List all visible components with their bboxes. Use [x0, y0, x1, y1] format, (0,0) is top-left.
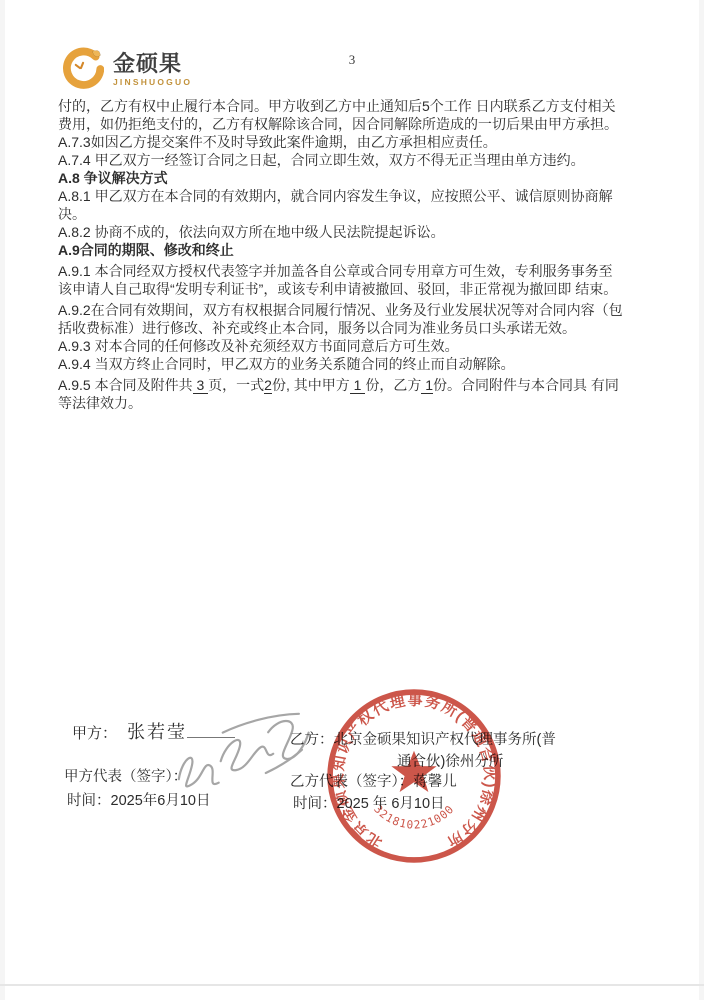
seal-registration-number: 321810221000 [371, 803, 457, 832]
clause-a7-3: A.7.3如因乙方提交案件不及时导致此案件逾期，由乙方承担相应责任。 [58, 133, 658, 151]
brand-name-latin: JINSHUOGUO [113, 78, 192, 87]
company-seal-stamp: 北京金硕果知识产权代理事务所(普通合伙)徐州分所 321810221000 [324, 686, 504, 871]
copies-total-value: 2 [264, 377, 272, 394]
heading-a9: A.9合同的期限、修改和终止 [58, 241, 658, 259]
clause-a8-1: A.8.1 甲乙双方在本合同的有效期内，就合同内容发生争议，应按照公平、诚信原则… [58, 187, 658, 223]
party-a-label: 甲方： [72, 725, 117, 742]
party-b-copies-value: 1 [421, 377, 433, 394]
page-number: 3 [0, 52, 704, 68]
clause-a9-1: A.9.1 本合同经双方授权代表签字并加盖各自公章或合同专用章方可生效，专利服务… [58, 262, 658, 298]
clause-a9-5-text: A.9.5 本合同及附件共 [58, 377, 193, 393]
clause-a9-2: A.9.2在合同有效期间，双方有权根据合同履行情况、业务及行业发展状况等对合同内… [58, 301, 658, 337]
clause-a9-5-text: 份, 其中甲方 [272, 377, 350, 393]
clause-a9-5: A.9.5 本合同及附件共 3 页，一式2份, 其中甲方 1 份，乙方 1份。合… [58, 376, 658, 412]
party-a-copies-value: 1 [350, 377, 366, 394]
page-edge-shadow [0, 984, 704, 986]
scan-edge-left [0, 0, 5, 1000]
clause-a8-2: A.8.2 协商不成的，依法向双方所在地中级人民法院提起诉讼。 [58, 223, 658, 241]
clause-a9-3: A.9.3 对本合同的任何修改及补充须经双方书面同意后方可生效。 [58, 337, 658, 355]
contract-body: 付的，乙方有权中止履行本合同。甲方收到乙方中止通知后5个工作 日内联系乙方支付相… [58, 97, 658, 412]
copies-pages-value: 3 [193, 377, 209, 394]
clause-continued: 付的，乙方有权中止履行本合同。甲方收到乙方中止通知后5个工作 日内联系乙方支付相… [58, 97, 658, 133]
clause-a9-4: A.9.4 当双方终止合同时，甲乙双方的业务关系随合同的终止而自动解除。 [58, 355, 658, 373]
seal-star-icon [391, 751, 436, 792]
clause-a7-4: A.7.4 甲乙双方一经签订合同之日起，合同立即生效，双方不得无正当理由单方违约… [58, 151, 658, 169]
svg-text:321810221000: 321810221000 [371, 803, 457, 832]
clause-a9-5-text: 份，乙方 [365, 377, 421, 393]
scan-edge-right [699, 0, 704, 1000]
clause-a9-5-text: 页，一式 [208, 377, 264, 393]
heading-a8: A.8 争议解决方式 [58, 169, 658, 187]
